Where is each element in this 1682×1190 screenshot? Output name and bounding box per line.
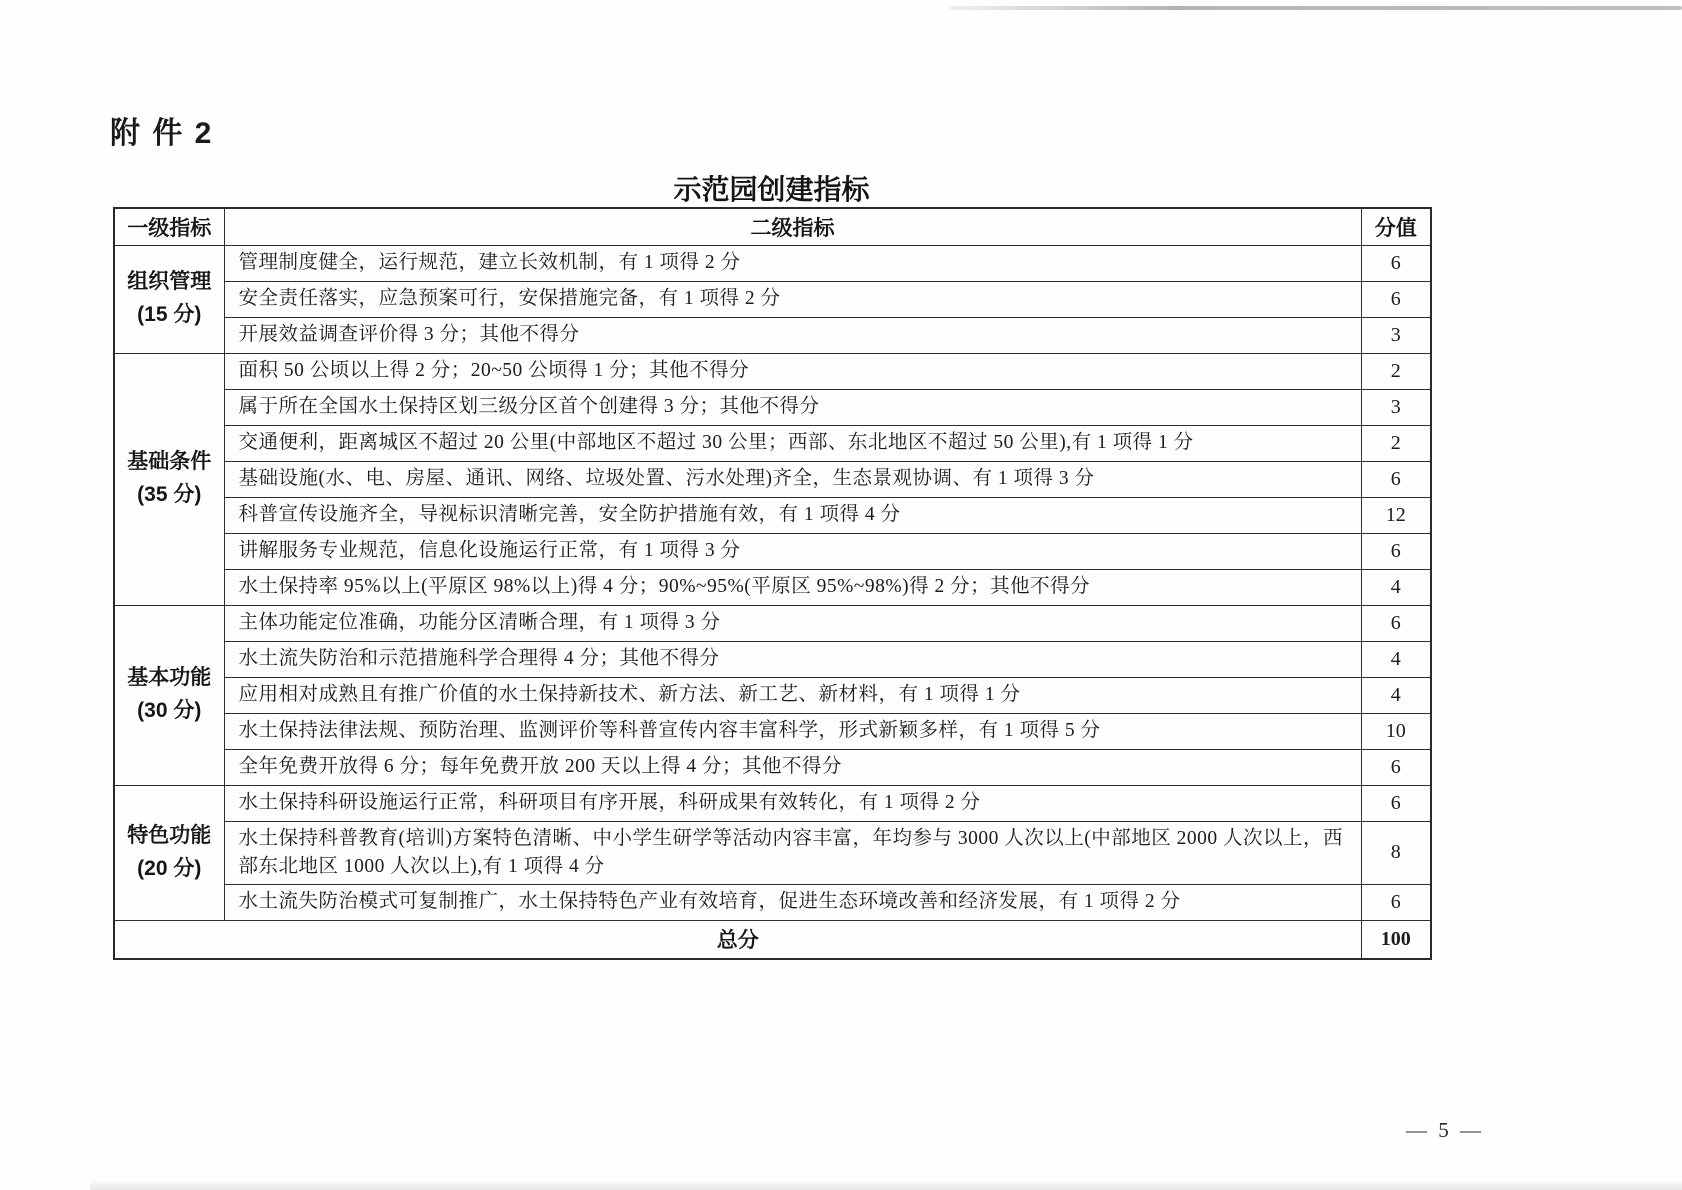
- category-score-label: (35 分): [115, 479, 224, 512]
- score-cell: 12: [1361, 497, 1431, 533]
- table-header-row: 一级指标 二级指标 分值: [114, 208, 1431, 245]
- indicator-cell: 讲解服务专业规范，信息化设施运行正常，有 1 项得 3 分: [224, 533, 1361, 569]
- page-number: — 5 —: [1406, 1118, 1484, 1143]
- indicator-cell: 全年免费开放得 6 分；每年免费开放 200 天以上得 4 分；其他不得分: [224, 749, 1361, 785]
- total-score-cell: 100: [1361, 921, 1431, 959]
- category-name: 特色功能: [115, 820, 224, 853]
- score-cell: 4: [1361, 641, 1431, 677]
- category-cell-special-functions: 特色功能 (20 分): [114, 785, 224, 921]
- total-label-cell: 总分: [114, 921, 1361, 959]
- score-cell: 6: [1361, 749, 1431, 785]
- score-cell: 6: [1361, 245, 1431, 281]
- score-cell: 6: [1361, 605, 1431, 641]
- page-title: 示范园创建指标: [113, 168, 1430, 208]
- indicator-cell: 水土保持科普教育(培训)方案特色清晰、中小学生研学等活动内容丰富，年均参与 30…: [224, 821, 1361, 885]
- table-row: 基础设施(水、电、房屋、通讯、网络、垃圾处置、污水处理)齐全，生态景观协调、有 …: [114, 461, 1431, 497]
- indicator-cell: 开展效益调查评价得 3 分；其他不得分: [224, 317, 1361, 353]
- scan-artifact-bottom-edge: [90, 1180, 1682, 1190]
- table-row: 应用相对成熟且有推广价值的水土保持新技术、新方法、新工艺、新材料，有 1 项得 …: [114, 677, 1431, 713]
- score-cell: 6: [1361, 785, 1431, 821]
- indicator-cell: 水土保持法律法规、预防治理、监测评价等科普宣传内容丰富科学，形式新颖多样，有 1…: [224, 713, 1361, 749]
- table-row: 基本功能 (30 分) 主体功能定位准确，功能分区清晰合理，有 1 项得 3 分…: [114, 605, 1431, 641]
- table-row: 交通便利，距离城区不超过 20 公里(中部地区不超过 30 公里；西部、东北地区…: [114, 425, 1431, 461]
- indicator-cell: 面积 50 公顷以上得 2 分；20~50 公顷得 1 分；其他不得分: [224, 353, 1361, 389]
- score-cell: 2: [1361, 353, 1431, 389]
- indicator-cell: 交通便利，距离城区不超过 20 公里(中部地区不超过 30 公里；西部、东北地区…: [224, 425, 1361, 461]
- category-cell-org-management: 组织管理 (15 分): [114, 245, 224, 353]
- indicator-cell: 水土流失防治和示范措施科学合理得 4 分；其他不得分: [224, 641, 1361, 677]
- table-row: 安全责任落实，应急预案可行，安保措施完备，有 1 项得 2 分 6: [114, 281, 1431, 317]
- header-secondary-indicator: 二级指标: [224, 208, 1361, 245]
- indicator-cell: 应用相对成熟且有推广价值的水土保持新技术、新方法、新工艺、新材料，有 1 项得 …: [224, 677, 1361, 713]
- table-row: 开展效益调查评价得 3 分；其他不得分 3: [114, 317, 1431, 353]
- table-row: 组织管理 (15 分) 管理制度健全，运行规范，建立长效机制，有 1 项得 2 …: [114, 245, 1431, 281]
- score-cell: 3: [1361, 389, 1431, 425]
- header-primary-indicator: 一级指标: [114, 208, 224, 245]
- table-row: 水土保持率 95%以上(平原区 98%以上)得 4 分；90%~95%(平原区 …: [114, 569, 1431, 605]
- table-row: 属于所在全国水土保持区划三级分区首个创建得 3 分；其他不得分 3: [114, 389, 1431, 425]
- attachment-label: 附 件 2: [110, 108, 213, 152]
- indicator-cell: 水土流失防治模式可复制推广，水土保持特色产业有效培育，促进生态环境改善和经济发展…: [224, 885, 1361, 921]
- score-cell: 3: [1361, 317, 1431, 353]
- scan-artifact-top-edge: [950, 6, 1682, 10]
- category-score-label: (15 分): [115, 299, 224, 332]
- category-score-label: (20 分): [115, 853, 224, 886]
- scanned-document-page: { "page": { "attachment_label": "附 件 2",…: [0, 0, 1682, 1190]
- table-row: 水土保持法律法规、预防治理、监测评价等科普宣传内容丰富科学，形式新颖多样，有 1…: [114, 713, 1431, 749]
- table-row: 科普宣传设施齐全，导视标识清晰完善，安全防护措施有效，有 1 项得 4 分 12: [114, 497, 1431, 533]
- score-cell: 6: [1361, 461, 1431, 497]
- category-name: 基础条件: [115, 446, 224, 479]
- score-cell: 2: [1361, 425, 1431, 461]
- category-cell-basic-conditions: 基础条件 (35 分): [114, 353, 224, 605]
- table-row: 基础条件 (35 分) 面积 50 公顷以上得 2 分；20~50 公顷得 1 …: [114, 353, 1431, 389]
- table-row: 全年免费开放得 6 分；每年免费开放 200 天以上得 4 分；其他不得分 6: [114, 749, 1431, 785]
- category-cell-basic-functions: 基本功能 (30 分): [114, 605, 224, 785]
- score-cell: 6: [1361, 885, 1431, 921]
- table-row: 水土保持科普教育(培训)方案特色清晰、中小学生研学等活动内容丰富，年均参与 30…: [114, 821, 1431, 885]
- table-row: 讲解服务专业规范，信息化设施运行正常，有 1 项得 3 分 6: [114, 533, 1431, 569]
- indicator-cell: 水土保持率 95%以上(平原区 98%以上)得 4 分；90%~95%(平原区 …: [224, 569, 1361, 605]
- indicator-cell: 科普宣传设施齐全，导视标识清晰完善，安全防护措施有效，有 1 项得 4 分: [224, 497, 1361, 533]
- table-row: 水土流失防治和示范措施科学合理得 4 分；其他不得分 4: [114, 641, 1431, 677]
- table-row: 水土流失防治模式可复制推广，水土保持特色产业有效培育，促进生态环境改善和经济发展…: [114, 885, 1431, 921]
- indicator-cell: 属于所在全国水土保持区划三级分区首个创建得 3 分；其他不得分: [224, 389, 1361, 425]
- category-name: 组织管理: [115, 266, 224, 299]
- score-cell: 8: [1361, 821, 1431, 885]
- indicator-cell: 主体功能定位准确，功能分区清晰合理，有 1 项得 3 分: [224, 605, 1361, 641]
- header-score: 分值: [1361, 208, 1431, 245]
- indicator-cell: 水土保持科研设施运行正常，科研项目有序开展，科研成果有效转化，有 1 项得 2 …: [224, 785, 1361, 821]
- table-row: 特色功能 (20 分) 水土保持科研设施运行正常，科研项目有序开展，科研成果有效…: [114, 785, 1431, 821]
- score-cell: 4: [1361, 569, 1431, 605]
- indicator-cell: 基础设施(水、电、房屋、通讯、网络、垃圾处置、污水处理)齐全，生态景观协调、有 …: [224, 461, 1361, 497]
- total-row: 总分 100: [114, 921, 1431, 959]
- indicator-cell: 管理制度健全，运行规范，建立长效机制，有 1 项得 2 分: [224, 245, 1361, 281]
- indicator-cell: 安全责任落实，应急预案可行，安保措施完备，有 1 项得 2 分: [224, 281, 1361, 317]
- category-score-label: (30 分): [115, 695, 224, 728]
- category-name: 基本功能: [115, 662, 224, 695]
- indicator-table: 一级指标 二级指标 分值 组织管理 (15 分) 管理制度健全，运行规范，建立长…: [113, 207, 1432, 960]
- score-cell: 4: [1361, 677, 1431, 713]
- score-cell: 10: [1361, 713, 1431, 749]
- score-cell: 6: [1361, 281, 1431, 317]
- score-cell: 6: [1361, 533, 1431, 569]
